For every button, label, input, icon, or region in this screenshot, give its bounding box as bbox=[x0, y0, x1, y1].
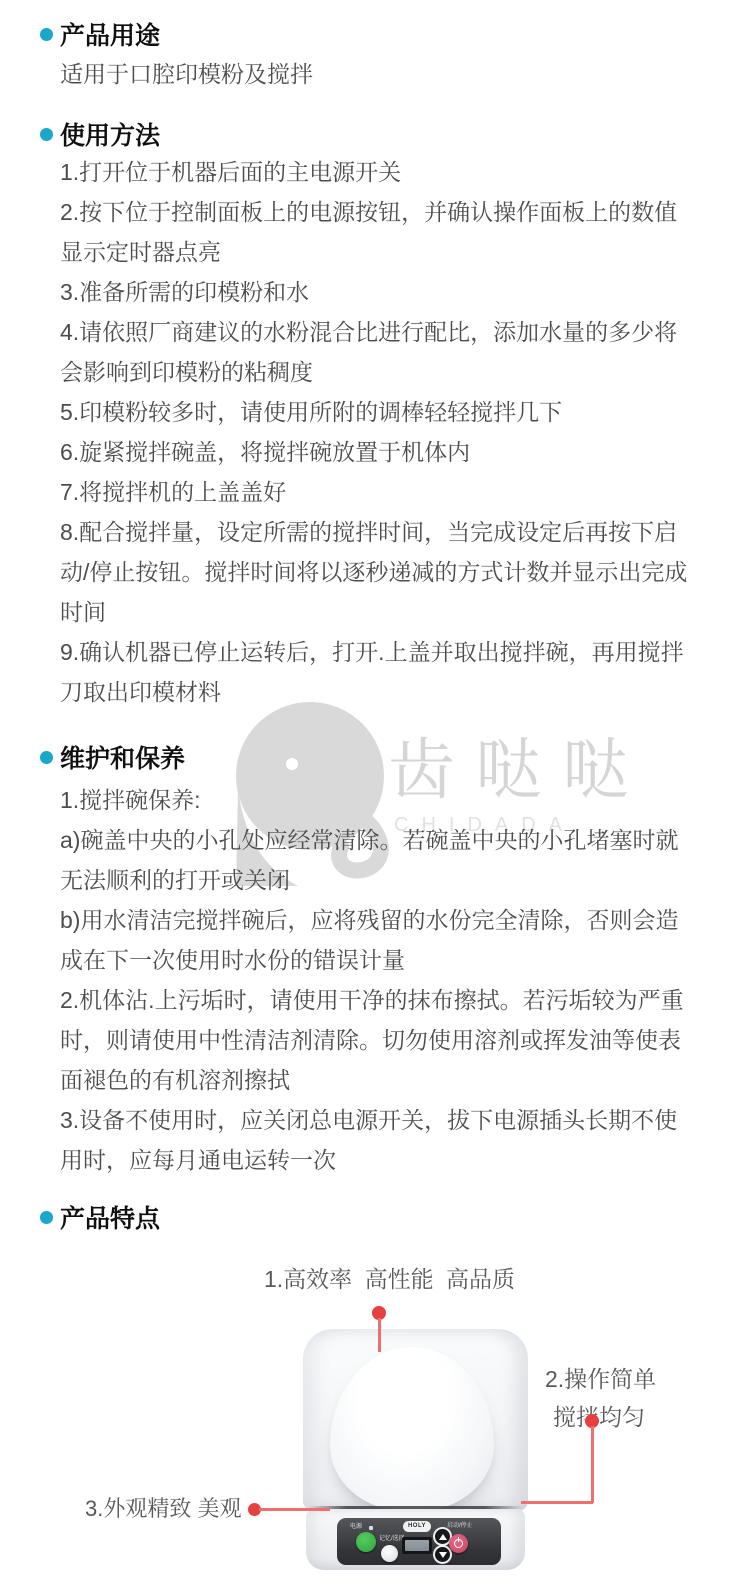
section-heading-features: 产品特点 bbox=[40, 1199, 700, 1235]
usage-step: 6.旋紧搅拌碗盖，将搅拌碗放置于机体内 bbox=[40, 432, 690, 472]
memory-select-button bbox=[381, 1545, 398, 1562]
usage-step: 7.将搅拌机的上盖盖好 bbox=[40, 472, 690, 512]
power-button bbox=[356, 1532, 376, 1552]
usage-step: 5.印模粉较多时，请使用所附的调棒轻轻搅拌几下 bbox=[40, 392, 690, 432]
callout-1-line bbox=[378, 1318, 381, 1352]
section-heading-maintenance: 维护和保养 bbox=[40, 739, 700, 775]
start-stop-button bbox=[449, 1534, 468, 1553]
callout-2-line-horizontal bbox=[521, 1501, 593, 1504]
section-bullet-icon bbox=[40, 751, 53, 764]
maintenance-item: a)碗盖中央的小孔处应经常清除。若碗盖中央的小孔堵塞时就无法顺利的打开或关闭 bbox=[40, 820, 690, 900]
usage-step: 8.配合搅拌量，设定所需的搅拌时间，当完成设定后再按下启动/停止按钮。搅拌时间将… bbox=[40, 512, 690, 632]
section-title-usage: 使用方法 bbox=[60, 116, 160, 152]
usage-step: 4.请依照厂商建议的水粉混合比进行配比，添加水量的多少将会影响到印模粉的粘稠度 bbox=[40, 312, 690, 392]
feature-callout-2-line1: 2.操作简单 bbox=[545, 1360, 656, 1398]
lcd-display bbox=[402, 1537, 432, 1554]
panel-indicator-icon bbox=[369, 1526, 373, 1530]
start-stop-label: 启动/停止 bbox=[447, 1523, 473, 1529]
feature-callout-3: 3.外观精致 美观 bbox=[85, 1492, 241, 1523]
feature-callout-1: 1.高效率 高性能 高品质 bbox=[264, 1261, 515, 1294]
arrow-down-button bbox=[435, 1547, 450, 1562]
usage-step: 9.确认机器已停止运转后，打开.上盖并取出搅拌碗，再用搅拌刀取出印模材料 bbox=[40, 632, 690, 712]
product-use-text: 适用于口腔印模粉及搅拌 bbox=[40, 54, 690, 94]
product-description-page: 齿哒哒 CHIDADA 产品用途 适用于口腔印模粉及搅拌 使用方法 1.打开位于… bbox=[0, 0, 750, 1594]
arrow-up-icon bbox=[439, 1534, 447, 1540]
mixer-control-panel: HOLY 电源 记忆/选择 启动/停止 bbox=[337, 1518, 501, 1565]
maintenance-item: 2.机体沾.上污垢时，请使用干净的抹布擦拭。若污垢较为严重时，则请使用中性清洁剂… bbox=[40, 980, 690, 1100]
content-column: 产品用途 适用于口腔印模粉及搅拌 使用方法 1.打开位于机器后面的主电源开关 2… bbox=[40, 0, 700, 1235]
usage-step: 3.准备所需的印模粉和水 bbox=[40, 272, 690, 312]
maintenance-item: 1.搅拌碗保养: bbox=[40, 780, 690, 820]
arrow-up-button bbox=[435, 1529, 450, 1544]
section-title-features: 产品特点 bbox=[60, 1199, 160, 1235]
callout-3-line bbox=[259, 1508, 330, 1511]
product-image-mixer: HOLY 电源 记忆/选择 启动/停止 bbox=[303, 1329, 528, 1570]
arrow-down-icon bbox=[439, 1552, 447, 1558]
section-title-maintenance: 维护和保养 bbox=[60, 739, 185, 775]
usage-step: 2.按下位于控制面板上的电源按钮，并确认操作面板上的数值显示定时器点亮 bbox=[40, 192, 690, 272]
brand-label: HOLY bbox=[403, 1521, 431, 1532]
power-label: 电源 bbox=[350, 1524, 362, 1530]
feature-callout-2: 2.操作简单 搅拌均匀 bbox=[545, 1360, 656, 1436]
power-icon-bar bbox=[458, 1537, 460, 1542]
section-bullet-icon bbox=[40, 28, 53, 41]
section-bullet-icon bbox=[40, 1211, 53, 1224]
section-heading-usage: 使用方法 bbox=[40, 116, 700, 152]
maintenance-item: 3.设备不使用时，应关闭总电源开关，拔下电源插头长期不使用时，应每月通电运转一次 bbox=[40, 1100, 690, 1180]
section-heading-product-use: 产品用途 bbox=[40, 16, 700, 52]
maintenance-item: b)用水清洁完搅拌碗后，应将残留的水份完全清除，否则会造成在下一次使用时水份的错… bbox=[40, 900, 690, 980]
section-title-product-use: 产品用途 bbox=[60, 16, 160, 52]
feature-callout-2-line2: 搅拌均匀 bbox=[545, 1398, 656, 1436]
usage-step: 1.打开位于机器后面的主电源开关 bbox=[40, 152, 690, 192]
callout-2-line-vertical bbox=[591, 1426, 594, 1503]
section-bullet-icon bbox=[40, 128, 53, 141]
memory-select-label: 记忆/选择 bbox=[379, 1536, 405, 1542]
